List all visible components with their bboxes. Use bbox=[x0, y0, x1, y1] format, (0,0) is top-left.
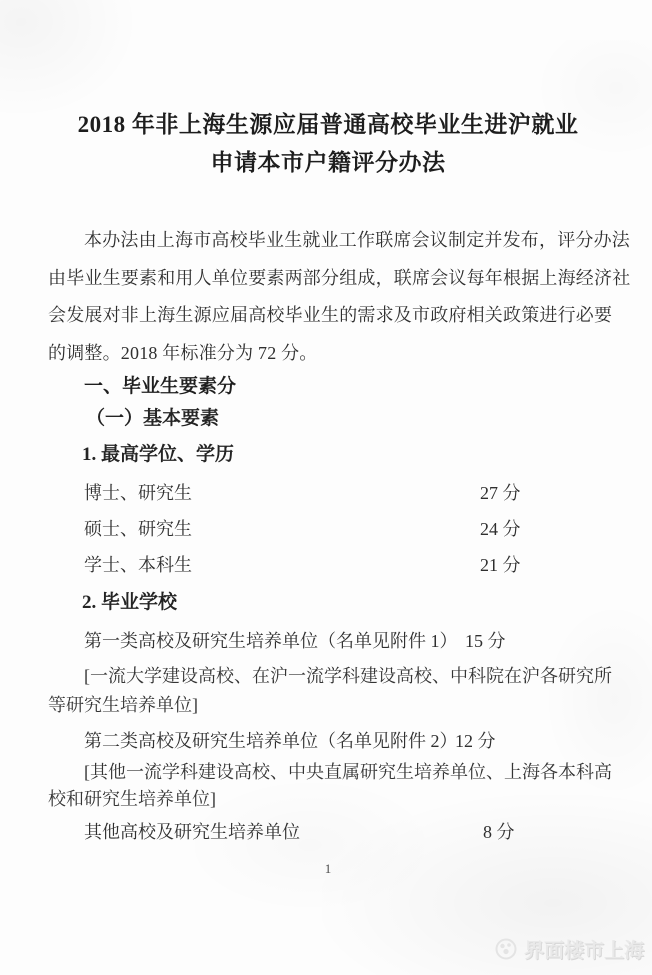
intro-line: 会发展对非上海生源应届高校毕业生的需求及市政府相关政策进行必要 bbox=[48, 297, 608, 335]
title-line-2: 申请本市户籍评分办法 bbox=[48, 144, 608, 182]
score-row-school-other: 其他高校及研究生培养单位 8 分 bbox=[84, 817, 608, 847]
score-row-bachelor: 学士、本科生 21 分 bbox=[84, 550, 608, 580]
section-heading-graduate-factors: 一、毕业生要素分 bbox=[84, 372, 608, 402]
document-title: 2018 年非上海生源应届普通高校毕业生进沪就业 申请本市户籍评分办法 bbox=[48, 106, 608, 182]
item-heading-highest-degree: 1. 最高学位、学历 bbox=[82, 440, 608, 470]
note-line: [其他一流学科建设高校、中央直属研究生培养单位、上海各本科高 bbox=[48, 759, 608, 786]
title-line-1: 2018 年非上海生源应届普通高校毕业生进沪就业 bbox=[48, 106, 608, 144]
scanned-document-page: 2018 年非上海生源应届普通高校毕业生进沪就业 申请本市户籍评分办法 本办法由… bbox=[0, 0, 652, 975]
intro-line: 的调整。2018 年标准分为 72 分。 bbox=[48, 335, 608, 373]
school-tier2-note: [其他一流学科建设高校、中央直属研究生培养单位、上海各本科高 校和研究生培养单位… bbox=[48, 759, 608, 813]
score-row-label: 第二类高校及研究生培养单位（名单见附件 2） bbox=[84, 731, 458, 751]
score-row-label: 第一类高校及研究生培养单位（名单见附件 1） bbox=[84, 631, 458, 651]
watermark: 界面楼市上海 bbox=[494, 934, 644, 963]
score-value: 24 分 bbox=[480, 514, 521, 544]
document-content: 2018 年非上海生源应届普通高校毕业生进沪就业 申请本市户籍评分办法 本办法由… bbox=[0, 0, 652, 877]
note-line: [一流大学建设高校、在沪一流学科建设高校、中科院在沪各研究所 bbox=[48, 662, 608, 691]
score-row-school-tier2: 第二类高校及研究生培养单位（名单见附件 2） 12 分 bbox=[84, 726, 608, 756]
page-number: 1 bbox=[48, 861, 608, 877]
intro-paragraph: 本办法由上海市高校毕业生就业工作联席会议制定并发布，评分办法 由毕业生要素和用人… bbox=[48, 222, 608, 372]
score-value: 15 分 bbox=[465, 626, 506, 656]
score-row-label: 其他高校及研究生培养单位 bbox=[84, 822, 300, 842]
score-row-label: 博士、研究生 bbox=[84, 483, 192, 503]
score-row-master: 硕士、研究生 24 分 bbox=[84, 514, 608, 544]
subsection-heading-basic-factors: （一）基本要素 bbox=[86, 404, 608, 434]
score-row-doctor: 博士、研究生 27 分 bbox=[84, 478, 608, 508]
intro-line: 由毕业生要素和用人单位要素两部分组成，联席会议每年根据上海经济社 bbox=[48, 260, 608, 298]
note-line: 校和研究生培养单位] bbox=[48, 786, 608, 813]
item-heading-graduation-school: 2. 毕业学校 bbox=[82, 588, 608, 618]
score-value: 12 分 bbox=[455, 726, 496, 756]
jiemian-logo-icon bbox=[494, 937, 518, 961]
watermark-text: 界面楼市上海 bbox=[524, 934, 644, 963]
intro-line: 本办法由上海市高校毕业生就业工作联席会议制定并发布，评分办法 bbox=[48, 222, 608, 260]
note-line: 等研究生培养单位] bbox=[48, 691, 608, 720]
score-value: 21 分 bbox=[480, 550, 521, 580]
score-row-label: 学士、本科生 bbox=[84, 555, 192, 575]
score-row-label: 硕士、研究生 bbox=[84, 519, 192, 539]
score-row-school-tier1: 第一类高校及研究生培养单位（名单见附件 1） 15 分 bbox=[84, 626, 608, 656]
score-value: 8 分 bbox=[483, 817, 515, 847]
score-value: 27 分 bbox=[480, 478, 521, 508]
school-tier1-note: [一流大学建设高校、在沪一流学科建设高校、中科院在沪各研究所 等研究生培养单位] bbox=[48, 662, 608, 720]
